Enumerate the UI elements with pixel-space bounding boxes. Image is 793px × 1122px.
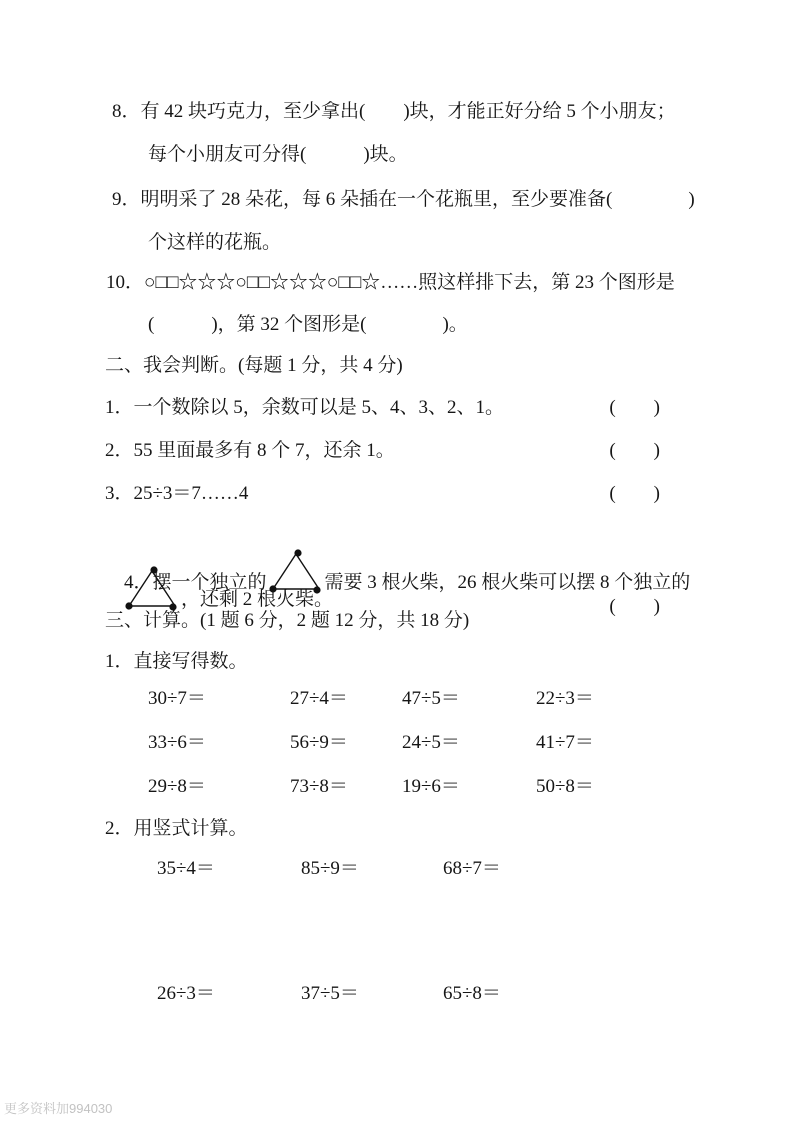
vertical-calc-expression: 35÷4＝ xyxy=(157,856,301,882)
question-9-line-1: 9．明明采了 28 朵花，每 6 朵插在一个花瓶里，至少要准备( ) xyxy=(112,187,695,213)
oral-calc-expression: 22÷3＝ xyxy=(536,686,733,712)
oral-calc-expression: 29÷8＝ xyxy=(148,774,290,800)
judge-item-1: 1．一个数除以 5，余数可以是 5、4、3、2、1。 ( ) xyxy=(105,395,660,421)
watermark-text: 更多资料加994030 xyxy=(4,1098,112,1117)
matchstick-triangle-icon xyxy=(123,564,181,612)
vertical-calc-expression: 85÷9＝ xyxy=(301,856,443,882)
answer-paren: ( ) xyxy=(609,594,660,620)
judge-item-text: ，还剩 2 根火柴。 xyxy=(123,564,333,613)
oral-calc-expression: 47÷5＝ xyxy=(402,686,536,712)
oral-calc-expression: 73÷8＝ xyxy=(290,774,402,800)
oral-calc-label: 1．直接写得数。 xyxy=(105,649,248,675)
oral-calc-row: 33÷6＝ 56÷9＝ 24÷5＝ 41÷7＝ xyxy=(105,730,733,756)
oral-calc-expression: 50÷8＝ xyxy=(536,774,733,800)
vertical-calc-expression: 37÷5＝ xyxy=(301,981,443,1007)
judge-item-text: 2．55 里面最多有 8 个 7，还余 1。 xyxy=(105,438,395,464)
vertical-calc-row: 26÷3＝ 37÷5＝ 65÷8＝ xyxy=(105,981,742,1007)
answer-paren: ( ) xyxy=(609,395,660,421)
oral-calc-expression: 30÷7＝ xyxy=(148,686,290,712)
oral-calc-expression: 41÷7＝ xyxy=(536,730,733,756)
judge-item-2: 2．55 里面最多有 8 个 7，还余 1。 ( ) xyxy=(105,438,660,464)
judge-item-text: 1．一个数除以 5，余数可以是 5、4、3、2、1。 xyxy=(105,395,504,421)
vertical-calc-label: 2．用竖式计算。 xyxy=(105,816,248,842)
answer-paren: ( ) xyxy=(609,438,660,464)
oral-calc-expression: 27÷4＝ xyxy=(290,686,402,712)
section-2-heading: 二、我会判断。(每题 1 分，共 4 分) xyxy=(105,353,403,379)
vertical-calc-expression: 26÷3＝ xyxy=(157,981,301,1007)
question-9-line-2: 个这样的花瓶。 xyxy=(148,230,281,256)
judge-item-text: 3．25÷3＝7……4 xyxy=(105,481,248,507)
oral-calc-expression: 24÷5＝ xyxy=(402,730,536,756)
worksheet-page: 8．有 42 块巧克力，至少拿出( )块，才能正好分给 5 个小朋友； 每个小朋… xyxy=(0,0,793,1122)
oral-calc-expression: 33÷6＝ xyxy=(148,730,290,756)
vertical-calc-expression: 65÷8＝ xyxy=(443,981,742,1007)
vertical-calc-expression: 68÷7＝ xyxy=(443,856,742,882)
section-3-heading: 三、计算。(1 题 6 分，2 题 12 分，共 18 分) xyxy=(105,608,469,634)
oral-calc-expression: 19÷6＝ xyxy=(402,774,536,800)
oral-calc-row: 29÷8＝ 73÷8＝ 19÷6＝ 50÷8＝ xyxy=(105,774,733,800)
oral-calc-row: 30÷7＝ 27÷4＝ 47÷5＝ 22÷3＝ xyxy=(105,686,733,712)
vertical-calc-row: 35÷4＝ 85÷9＝ 68÷7＝ xyxy=(105,856,742,882)
oral-calc-expression: 56÷9＝ xyxy=(290,730,402,756)
question-8-line-1: 8．有 42 块巧克力，至少拿出( )块，才能正好分给 5 个小朋友； xyxy=(112,99,676,125)
question-8-line-2: 每个小朋友可分得( )块。 xyxy=(148,142,408,168)
question-10-line-2: ( )，第 32 个图形是( )。 xyxy=(148,312,468,338)
judge-item-3: 3．25÷3＝7……4 ( ) xyxy=(105,481,660,507)
answer-paren: ( ) xyxy=(609,481,660,507)
question-10-line-1: 10．○□□☆☆☆○□□☆☆☆○□□☆……照这样排下去，第 23 个图形是 xyxy=(106,270,675,296)
